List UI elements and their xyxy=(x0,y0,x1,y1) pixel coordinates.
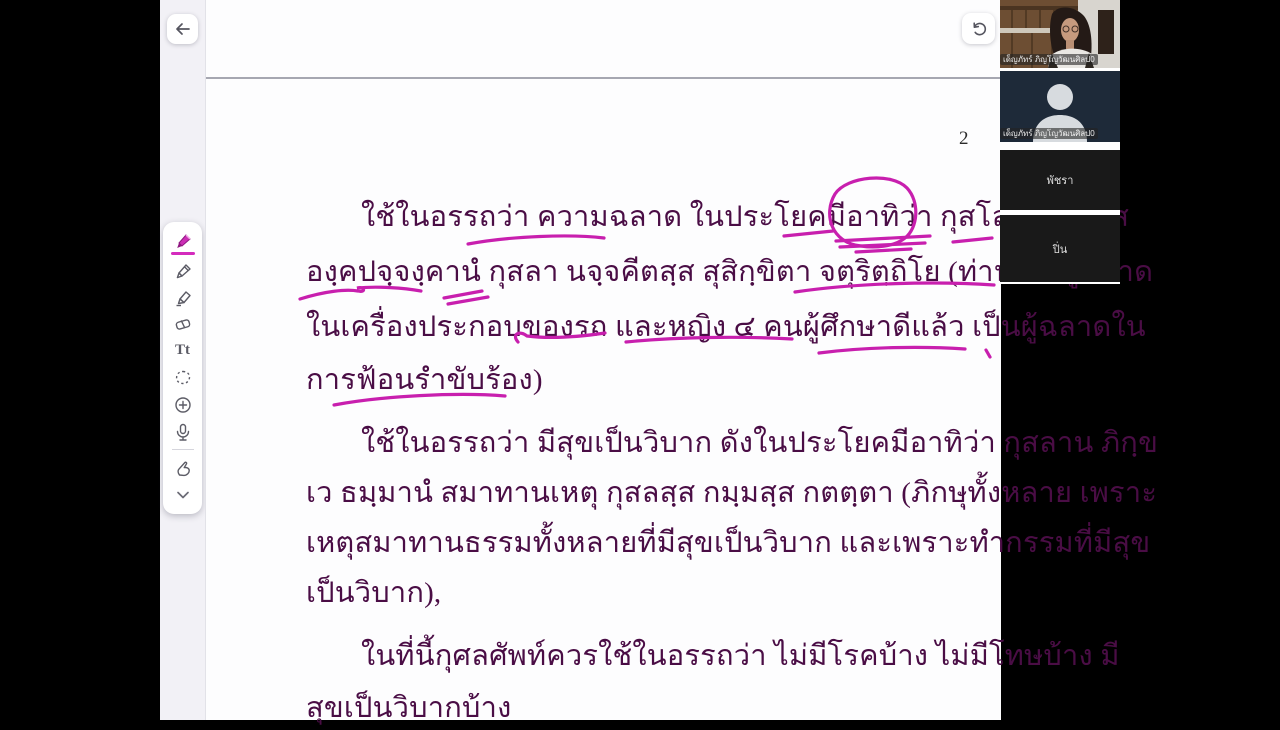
doc-text-line: ในเครื่องประกอบของรถ และหญิง ๔ คนผู้ศึกษ… xyxy=(306,303,1146,349)
active-tool-indicator xyxy=(171,252,195,255)
doc-text-line: เว ธมฺมานํ สมาทานเหตุ กุสลสฺส กมฺมสฺส กต… xyxy=(306,469,1157,515)
document-page: 2 ใช้ในอรรถว่า ความฉลาด ในประโยคมีอาทิว่… xyxy=(205,0,1001,720)
doc-text-line: ในที่นี้กุศลศัพท์ควรใช้ในอรรถว่า ไม่มีโร… xyxy=(361,632,1120,678)
pen-icon xyxy=(173,230,193,250)
participant-tile-camera-off[interactable]: พัชรา xyxy=(1000,150,1120,210)
doc-text-line: ใช้ในอรรถว่า มีสุขเป็นวิบาก ดังในประโยคม… xyxy=(361,419,1158,465)
chevron-down-icon xyxy=(174,488,192,502)
participants-panel: เด็ญภัทร์ ภิญโญวัฒนศิลป0 เด็ญภัทร์ ภิญโญ… xyxy=(1000,0,1120,284)
pen-tool-button[interactable] xyxy=(163,230,202,255)
highlighter-tool-button[interactable] xyxy=(163,284,202,309)
screen: Tt xyxy=(0,0,1280,720)
toolbar-divider xyxy=(172,449,194,450)
participant-tile-camera-off[interactable]: ปิ่น xyxy=(1000,215,1120,282)
eraser-icon xyxy=(173,314,193,334)
participant-video-tile[interactable]: เด็ญภัทร์ ภิญโญวัฒนศิลป0 xyxy=(1000,0,1120,68)
participant-name-label: พัชรา xyxy=(1000,150,1120,210)
arrow-left-icon xyxy=(174,20,192,38)
doc-text-line: การฟ้อนรำขับร้อง) xyxy=(306,356,543,402)
undo-icon xyxy=(969,19,989,39)
participant-name-label: ปิ่น xyxy=(1000,215,1120,282)
doc-text-line: เป็นวิบาก), xyxy=(306,569,441,615)
pointer-hand-tool-button[interactable] xyxy=(163,455,202,480)
doc-text-line: เหตุสมาทานธรรมทั้งหลายที่มีสุขเป็นวิบาก … xyxy=(306,519,1150,565)
highlighter-icon xyxy=(173,287,193,307)
participant-avatar-tile[interactable]: เด็ญภัทร์ ภิญโญวัฒนศิลป0 xyxy=(1000,71,1120,142)
add-tool-button[interactable] xyxy=(163,392,202,417)
tick-mark xyxy=(986,350,990,357)
lasso-icon xyxy=(173,368,193,388)
plus-circle-icon xyxy=(173,395,193,415)
undo-button[interactable] xyxy=(962,13,995,44)
participant-name-label: เด็ญภัทร์ ภิญโญวัฒนศิลป0 xyxy=(1000,54,1098,65)
pencil-tool-button[interactable] xyxy=(163,257,202,282)
back-button[interactable] xyxy=(167,14,198,44)
microphone-tool-button[interactable] xyxy=(163,419,202,444)
annotation-sidebar: Tt xyxy=(160,0,205,720)
page-top-divider xyxy=(206,77,1001,79)
participant-name-label: เด็ญภัทร์ ภิญโญวัฒนศิลป0 xyxy=(1000,128,1098,139)
doc-text-line: สุขเป็นวิบากบ้าง xyxy=(306,684,511,720)
annotation-toolbar: Tt xyxy=(163,222,202,514)
pencil-icon xyxy=(173,260,193,280)
pointing-hand-icon xyxy=(173,458,193,478)
page-number: 2 xyxy=(959,128,969,150)
microphone-icon xyxy=(173,422,193,442)
eraser-tool-button[interactable] xyxy=(163,311,202,336)
lasso-select-tool-button[interactable] xyxy=(163,365,202,390)
text-tool-button[interactable]: Tt xyxy=(163,338,202,363)
text-tool-icon: Tt xyxy=(175,343,190,358)
collapse-toolbar-button[interactable] xyxy=(163,482,202,507)
